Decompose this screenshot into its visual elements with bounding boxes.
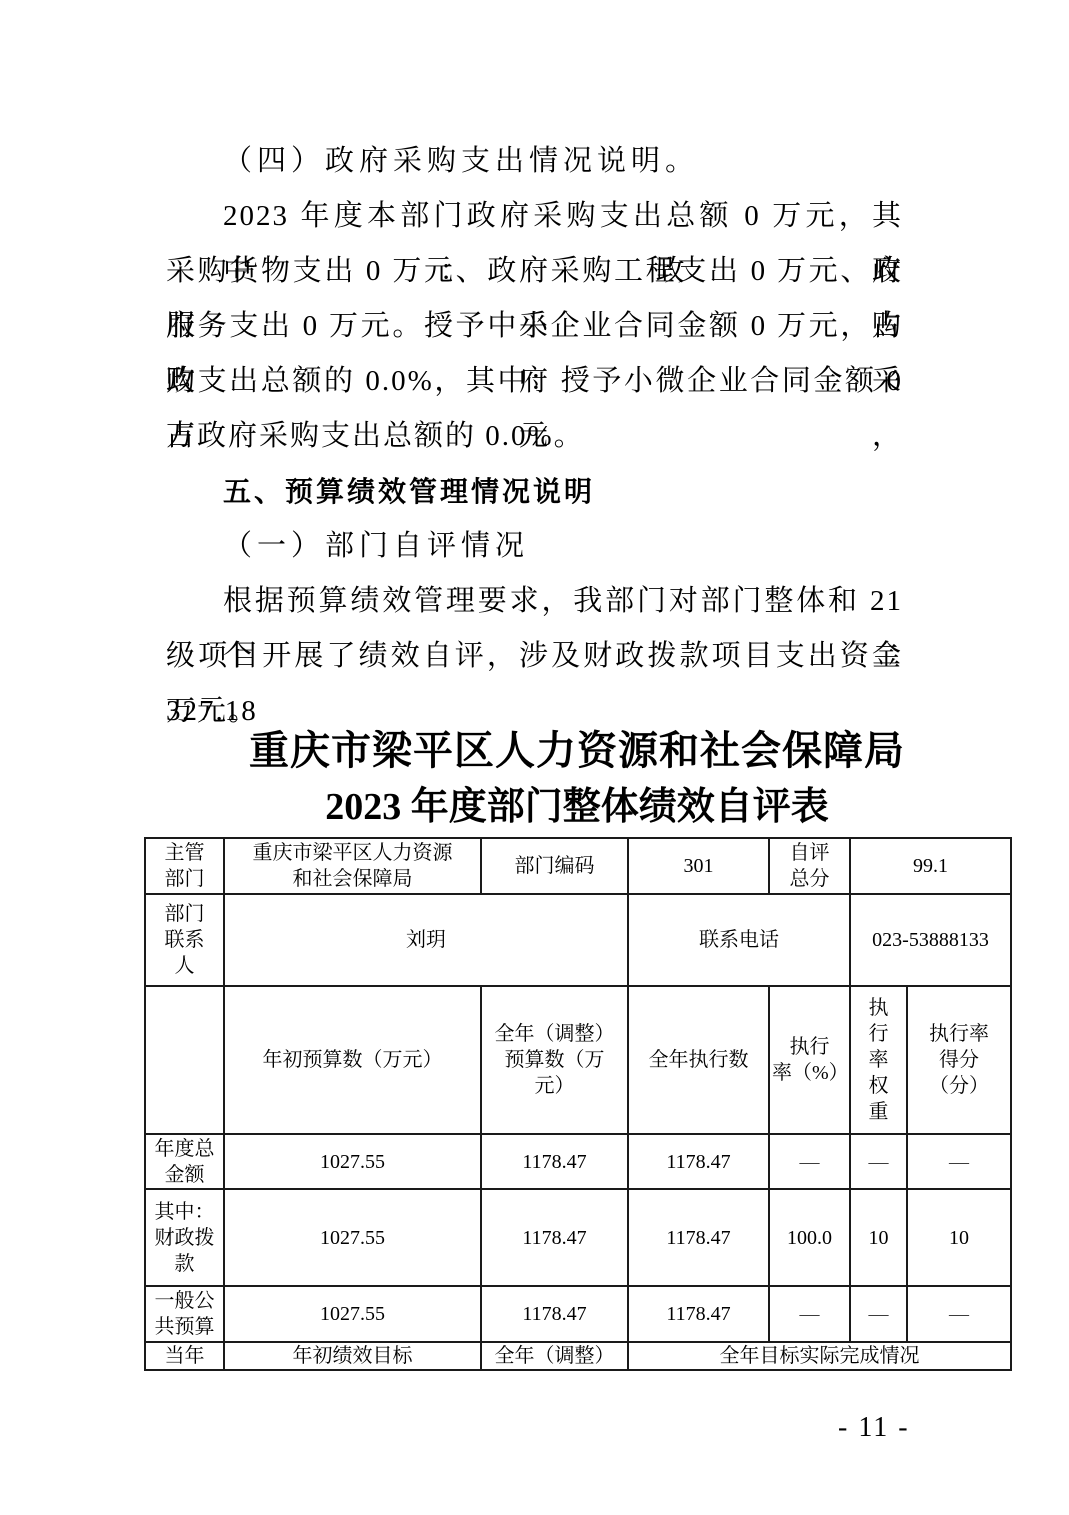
col-header-execution-rate: 执行 率（%） (769, 986, 850, 1134)
cell-contact-name: 刘玥 (224, 894, 628, 986)
self-eval-line-2: 级项目开展了绩效自评，涉及财政拨款项目支出资金 327.18 (166, 629, 903, 684)
row-annual-total: 年度总 金额 1027.55 1178.47 1178.47 — — — (145, 1134, 1011, 1189)
cell-annual-total-initial: 1027.55 (224, 1134, 481, 1189)
col-header-rate-score: 执行率 得分 （分） (907, 986, 1011, 1134)
cell-fiscal-initial: 1027.55 (224, 1189, 481, 1286)
cell-annual-total-rate: — (769, 1134, 850, 1189)
col-header-adjusted-budget: 全年（调整） 预算数（万 元） (481, 986, 628, 1134)
cell-phone-label: 联系电话 (628, 894, 850, 986)
cell-general-weight: — (850, 1286, 907, 1342)
cell-current-year-label: 当年 (145, 1342, 224, 1370)
cell-annual-total-weight: — (850, 1134, 907, 1189)
cell-annual-total-score: — (907, 1134, 1011, 1189)
table-title: 重庆市梁平区人力资源和社会保障局 2023 年度部门整体绩效自评表 (144, 723, 1010, 835)
self-evaluation-table: 主管 部门 重庆市梁平区人力资源 和社会保障局 部门编码 301 自评 总分 9… (144, 837, 1012, 1371)
row-column-headers: 年初预算数（万元） 全年（调整） 预算数（万 元） 全年执行数 执行 率（%） … (145, 986, 1011, 1134)
col-header-rate-weight: 执 行 率 权 重 (850, 986, 907, 1134)
cell-initial-goal-label: 年初绩效目标 (224, 1342, 481, 1370)
cell-adjusted-goal-label: 全年（调整） (481, 1342, 628, 1370)
cell-fiscal-adjusted: 1178.47 (481, 1189, 628, 1286)
para4-heading: （四）政府采购支出情况说明。 (166, 134, 903, 189)
row-supervisor: 主管 部门 重庆市梁平区人力资源 和社会保障局 部门编码 301 自评 总分 9… (145, 838, 1011, 894)
col-header-executed: 全年执行数 (628, 986, 769, 1134)
cell-actual-completion-label: 全年目标实际完成情况 (628, 1342, 1011, 1370)
cell-self-score-label: 自评 总分 (769, 838, 850, 894)
procurement-line-1: 2023 年度本部门政府采购支出总额 0 万元，其中：政府 (166, 189, 903, 244)
section5-sub-heading: （一）部门自评情况 (166, 519, 903, 574)
cell-phone-value: 023-53888133 (850, 894, 1011, 986)
cell-fiscal-weight: 10 (850, 1189, 907, 1286)
col-header-empty (145, 986, 224, 1134)
cell-annual-total-adjusted: 1178.47 (481, 1134, 628, 1189)
document-page: （四）政府采购支出情况说明。 2023 年度本部门政府采购支出总额 0 万元，其… (0, 0, 1069, 1515)
table-title-line-1: 重庆市梁平区人力资源和社会保障局 (144, 723, 1010, 779)
table-title-line-2: 2023 年度部门整体绩效自评表 (144, 779, 1010, 835)
cell-general-rate: — (769, 1286, 850, 1342)
procurement-line-2: 采购货物支出 0 万元、政府采购工程支出 0 万元、政府采购 (166, 244, 903, 299)
row-fiscal-allocation: 其中： 财政拨 款 1027.55 1178.47 1178.47 100.0 … (145, 1189, 1011, 1286)
row-contact: 部门 联系 人 刘玥 联系电话 023-53888133 (145, 894, 1011, 986)
section5-heading: 五、预算绩效管理情况说明 (166, 464, 903, 519)
cell-fiscal-rate: 100.0 (769, 1189, 850, 1286)
body-text: （四）政府采购支出情况说明。 2023 年度本部门政府采购支出总额 0 万元，其… (166, 134, 903, 739)
cell-general-label: 一般公 共预算 (145, 1286, 224, 1342)
cell-annual-total-executed: 1178.47 (628, 1134, 769, 1189)
cell-supervisor-label: 主管 部门 (145, 838, 224, 894)
cell-supervisor-value: 重庆市梁平区人力资源 和社会保障局 (224, 838, 481, 894)
cell-annual-total-label: 年度总 金额 (145, 1134, 224, 1189)
procurement-line-4: 购支出总额的 0.0%，其中：授予小微企业合同金额 0 万元， (166, 354, 903, 409)
procurement-line-3: 服务支出 0 万元。授予中小企业合同金额 0 万元，占政府采 (166, 299, 903, 354)
cell-fiscal-score: 10 (907, 1189, 1011, 1286)
cell-contact-label: 部门 联系 人 (145, 894, 224, 986)
col-header-initial-budget: 年初预算数（万元） (224, 986, 481, 1134)
cell-general-adjusted: 1178.47 (481, 1286, 628, 1342)
row-current-year: 当年 年初绩效目标 全年（调整） 全年目标实际完成情况 (145, 1342, 1011, 1370)
row-general-public-budget: 一般公 共预算 1027.55 1178.47 1178.47 — — — (145, 1286, 1011, 1342)
cell-fiscal-executed: 1178.47 (628, 1189, 769, 1286)
cell-fiscal-label: 其中： 财政拨 款 (145, 1189, 224, 1286)
self-eval-line-1: 根据预算绩效管理要求，我部门对部门整体和 21 个二 (166, 574, 903, 629)
cell-dept-code-label: 部门编码 (481, 838, 628, 894)
cell-general-score: — (907, 1286, 1011, 1342)
page-number: - 11 - (838, 1412, 910, 1444)
cell-self-score-value: 99.1 (850, 838, 1011, 894)
cell-dept-code-value: 301 (628, 838, 769, 894)
cell-general-initial: 1027.55 (224, 1286, 481, 1342)
cell-general-executed: 1178.47 (628, 1286, 769, 1342)
